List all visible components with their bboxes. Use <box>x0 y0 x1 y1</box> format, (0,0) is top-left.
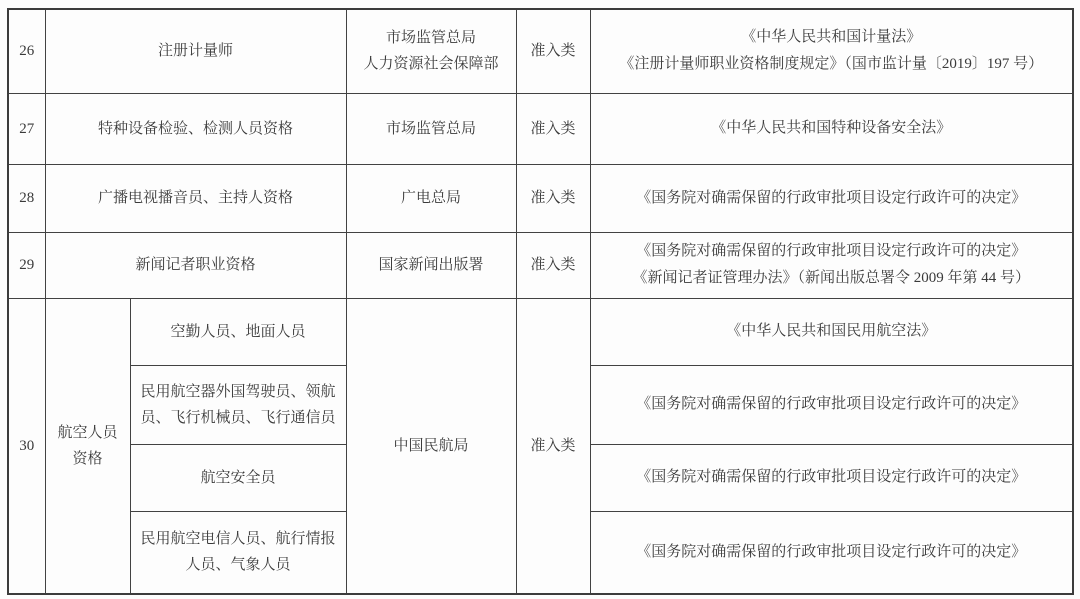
authority-cell: 广电总局 <box>346 164 516 232</box>
legal-basis-cell: 《国务院对确需保留的行政审批项目设定行政许可的决定》 《新闻记者证管理办法》（新… <box>590 232 1073 298</box>
table-row-26: 26 注册计量师 市场监管总局 人力资源社会保障部 准入类 《中华人民共和国计量… <box>8 9 1073 93</box>
category-cell: 准入类 <box>516 93 590 164</box>
category-cell: 准入类 <box>516 232 590 298</box>
legal-basis-line: 《中华人民共和国特种设备安全法》 <box>595 115 1069 142</box>
authority-cell: 市场监管总局 <box>346 93 516 164</box>
table-row-28: 28 广播电视播音员、主持人资格 广电总局 准入类 《国务院对确需保留的行政审批… <box>8 164 1073 232</box>
legal-basis-line: 《注册计量师职业资格制度规定》（国市监计量〔2019〕197 号） <box>595 51 1069 78</box>
sub-qualification-name-cell: 航空安全员 <box>130 444 346 511</box>
row-number-cell: 27 <box>8 93 45 164</box>
row-number-cell: 29 <box>8 232 45 298</box>
sub-qualification-name-cell: 空勤人员、地面人员 <box>130 298 346 365</box>
legal-basis-line: 《国务院对确需保留的行政审批项目设定行政许可的决定》 <box>595 185 1069 212</box>
table-row-29: 29 新闻记者职业资格 国家新闻出版署 准入类 《国务院对确需保留的行政审批项目… <box>8 232 1073 298</box>
legal-basis-line: 《新闻记者证管理办法》（新闻出版总署令 2009 年第 44 号） <box>595 265 1069 292</box>
authority-cell: 国家新闻出版署 <box>346 232 516 298</box>
sub-qualification-name-cell: 民用航空电信人员、航行情报人员、气象人员 <box>130 511 346 594</box>
legal-basis-cell: 《中华人民共和国计量法》 《注册计量师职业资格制度规定》（国市监计量〔2019〕… <box>590 9 1073 93</box>
sub-qualification-name-cell: 民用航空器外国驾驶员、领航员、飞行机械员、飞行通信员 <box>130 365 346 444</box>
legal-basis-cell: 《中华人民共和国特种设备安全法》 <box>590 93 1073 164</box>
legal-basis-cell: 《国务院对确需保留的行政审批项目设定行政许可的决定》 <box>590 365 1073 444</box>
table-row-30-sub-1: 30 航空人员 资格 空勤人员、地面人员 中国民航局 准入类 《中华人民共和国民… <box>8 298 1073 365</box>
legal-basis-line: 《国务院对确需保留的行政审批项目设定行政许可的决定》 <box>595 238 1069 265</box>
category-cell: 准入类 <box>516 9 590 93</box>
legal-basis-cell: 《国务院对确需保留的行政审批项目设定行政许可的决定》 <box>590 444 1073 511</box>
legal-basis-line: 《国务院对确需保留的行政审批项目设定行政许可的决定》 <box>595 464 1069 491</box>
legal-basis-line: 《国务院对确需保留的行政审批项目设定行政许可的决定》 <box>595 539 1069 566</box>
qualification-name-cell: 新闻记者职业资格 <box>45 232 346 298</box>
qualification-name-cell: 注册计量师 <box>45 9 346 93</box>
qualification-name-line: 航空人员 <box>50 420 126 446</box>
category-cell: 准入类 <box>516 164 590 232</box>
legal-basis-cell: 《国务院对确需保留的行政审批项目设定行政许可的决定》 <box>590 511 1073 594</box>
document-page: 26 注册计量师 市场监管总局 人力资源社会保障部 准入类 《中华人民共和国计量… <box>0 0 1080 599</box>
legal-basis-cell: 《国务院对确需保留的行政审批项目设定行政许可的决定》 <box>590 164 1073 232</box>
authority-line: 市场监管总局 <box>351 25 512 51</box>
qualification-name-line: 资格 <box>50 446 126 472</box>
qualification-name-cell: 广播电视播音员、主持人资格 <box>45 164 346 232</box>
legal-basis-line: 《国务院对确需保留的行政审批项目设定行政许可的决定》 <box>595 391 1069 418</box>
qualification-table: 26 注册计量师 市场监管总局 人力资源社会保障部 准入类 《中华人民共和国计量… <box>7 8 1074 595</box>
legal-basis-cell: 《中华人民共和国民用航空法》 <box>590 298 1073 365</box>
authority-line: 人力资源社会保障部 <box>351 51 512 77</box>
legal-basis-line: 《中华人民共和国民用航空法》 <box>595 318 1069 345</box>
legal-basis-line: 《中华人民共和国计量法》 <box>595 24 1069 51</box>
authority-cell: 中国民航局 <box>346 298 516 594</box>
qualification-name-cell: 航空人员 资格 <box>45 298 130 594</box>
row-number-cell: 28 <box>8 164 45 232</box>
row-number-cell: 26 <box>8 9 45 93</box>
table-row-27: 27 特种设备检验、检测人员资格 市场监管总局 准入类 《中华人民共和国特种设备… <box>8 93 1073 164</box>
qualification-name-cell: 特种设备检验、检测人员资格 <box>45 93 346 164</box>
category-cell: 准入类 <box>516 298 590 594</box>
row-number-cell: 30 <box>8 298 45 594</box>
authority-cell: 市场监管总局 人力资源社会保障部 <box>346 9 516 93</box>
